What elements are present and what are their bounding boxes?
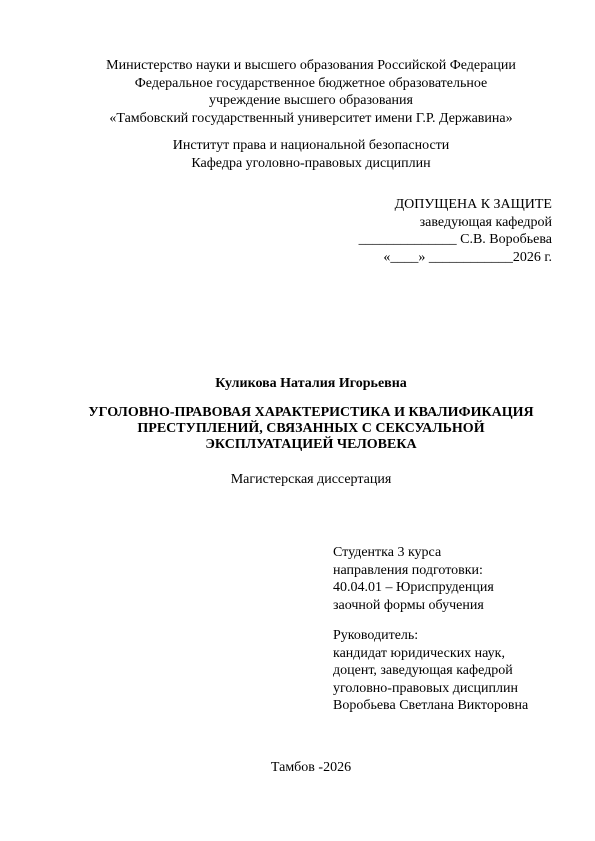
author-name-text: Куликова Наталия Игорьевна xyxy=(60,375,562,393)
ministry-line: Министерство науки и высшего образования… xyxy=(60,57,562,75)
supervisor-chair: уголовно-правовых дисциплин xyxy=(333,680,528,698)
author-name: Куликова Наталия Игорьевна xyxy=(60,375,562,393)
thesis-title-line-2: ПРЕСТУПЛЕНИЙ, СВЯЗАННЫХ С СЕКСУАЛЬНОЙ xyxy=(60,421,562,437)
university-name: «Тамбовский государственный университет … xyxy=(60,110,562,128)
approval-block: ДОПУЩЕНА К ЗАЩИТЕ заведующая кафедрой __… xyxy=(359,196,552,266)
footer-city-year: Тамбов -2026 xyxy=(60,759,562,777)
approval-role: заведующая кафедрой xyxy=(359,214,552,232)
student-info: Студентка 3 курса направления подготовки… xyxy=(333,544,494,614)
chair-name: Кафедра уголовно-правовых дисциплин xyxy=(60,155,562,173)
supervisor-degree: кандидат юридических наук, xyxy=(333,645,528,663)
student-direction-label: направления подготовки: xyxy=(333,562,494,580)
date-line: «____» ____________2026 г. xyxy=(359,249,552,267)
thesis-title-line-3: ЭКСПЛУАТАЦИЕЙ ЧЕЛОВЕКА xyxy=(60,437,562,453)
ministry-header: Министерство науки и высшего образования… xyxy=(60,57,562,127)
department-block: Институт права и национальной безопаснос… xyxy=(60,137,562,172)
supervisor-position: доцент, заведующая кафедрой xyxy=(333,662,528,680)
city-year-text: Тамбов -2026 xyxy=(60,759,562,777)
supervisor-label: Руководитель: xyxy=(333,627,528,645)
institution-type-line-2: учреждение высшего образования xyxy=(60,92,562,110)
student-study-form: заочной формы обучения xyxy=(333,597,494,615)
institute-name: Институт права и национальной безопаснос… xyxy=(60,137,562,155)
thesis-type: Магистерская диссертация xyxy=(60,471,562,489)
thesis-title-line-1: УГОЛОВНО-ПРАВОВАЯ ХАРАКТЕРИСТИКА И КВАЛИ… xyxy=(60,405,562,421)
approval-status: ДОПУЩЕНА К ЗАЩИТЕ xyxy=(359,196,552,214)
student-direction: 40.04.01 – Юриспруденция xyxy=(333,579,494,597)
signature-line: ______________ С.В. Воробьева xyxy=(359,231,552,249)
student-course: Студентка 3 курса xyxy=(333,544,494,562)
thesis-type-text: Магистерская диссертация xyxy=(60,471,562,489)
supervisor-name: Воробьева Светлана Викторовна xyxy=(333,697,528,715)
supervisor-info: Руководитель: кандидат юридических наук,… xyxy=(333,627,528,715)
thesis-title: УГОЛОВНО-ПРАВОВАЯ ХАРАКТЕРИСТИКА И КВАЛИ… xyxy=(60,405,562,453)
institution-type-line: Федеральное государственное бюджетное об… xyxy=(60,75,562,93)
